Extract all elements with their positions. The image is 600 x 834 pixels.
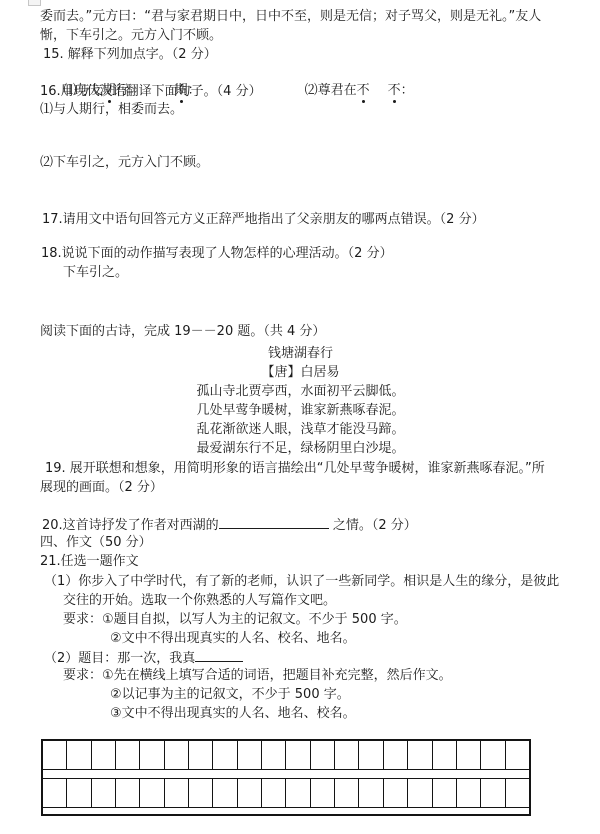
q16-item2: ⑵下车引之，元方入门不顾。 — [40, 153, 209, 172]
poem-line: 几处早莺争暖树，谁家新燕啄春泥。 — [8, 401, 593, 420]
grid-cell — [213, 779, 237, 807]
grid-cell — [140, 779, 164, 807]
q21-option2-title: （2）题目：那一次，我真 — [44, 647, 243, 668]
q15-item2-dotted-char: 不 — [357, 81, 370, 100]
grid-cell — [457, 779, 481, 807]
grid-cell — [67, 741, 91, 769]
grid-cell — [262, 779, 286, 807]
grid-cell — [213, 741, 237, 769]
grid-cell — [506, 741, 529, 769]
q21-option1-requirement-2: ②文中不得出现真实的人名、校名、地名。 — [110, 629, 356, 648]
q15-item2-answer-label: 不： — [388, 83, 414, 98]
section-heading-composition: 四、作文（50 分） — [40, 533, 152, 552]
poem-line: 孤山寺北贾亭西，水面初平云脚低。 — [8, 382, 593, 401]
grid-cell — [116, 741, 140, 769]
grid-cell — [408, 779, 432, 807]
q21-option1-line-2: 交往的开始。选取一个你熟悉的人写篇作文吧。 — [63, 591, 336, 610]
grid-cell — [359, 779, 383, 807]
grid-cell — [92, 779, 116, 807]
grid-cell — [43, 779, 67, 807]
q21-option1-line-1: （1）你步入了中学时代，有了新的老师，认识了一些新同学。相识是人生的缘分，是彼此 — [44, 572, 559, 591]
q21-option2-blank-line — [195, 647, 243, 662]
q18-quote: 下车引之。 — [63, 263, 128, 282]
passage-line-2: 惭，下车引之。元方入门不顾。 — [40, 26, 222, 45]
page-edge-artifact — [28, 0, 41, 6]
grid-cell — [359, 741, 383, 769]
passage-line-1: 委而去。”元方曰：“君与家君期日中，日中不至，则是无信；对子骂父，则是无礼。”友… — [40, 7, 541, 26]
q21-stem: 21.任选一题作文 — [40, 552, 139, 571]
q20-blank-line — [219, 514, 329, 529]
grid-cell — [408, 741, 432, 769]
grid-cell — [384, 779, 408, 807]
grid-cell — [311, 779, 335, 807]
grid-cell — [165, 779, 189, 807]
poem-line: 乱花渐欲迷人眼，浅草才能没马蹄。 — [8, 420, 593, 439]
q21-option2-requirement-1: 要求：①先在横线上填写合适的词语，把题目补充完整，然后作文。 — [63, 666, 452, 685]
q15-item2-phrase: ⑵尊君在不 — [305, 83, 370, 98]
q19-stem-line-1: 19. 展开联想和想象，用简明形象的语言描绘出“几处早莺争暖树，谁家新燕啄春泥。… — [45, 459, 545, 478]
grid-cell — [189, 741, 213, 769]
grid-cell — [43, 741, 67, 769]
grid-cell — [67, 779, 91, 807]
grid-cell — [92, 741, 116, 769]
grid-cell — [457, 741, 481, 769]
grid-cell — [238, 779, 262, 807]
grid-spacer-row — [43, 770, 529, 779]
q20-stem: 20.这首诗抒发了作者对西湖的 之情。（2 分） — [42, 514, 417, 535]
grid-cell — [433, 779, 457, 807]
grid-cell — [189, 779, 213, 807]
poem-title: 钱塘湖春行 — [8, 344, 593, 363]
grid-cell — [311, 741, 335, 769]
grid-cell — [140, 741, 164, 769]
grid-cell-row — [43, 741, 529, 770]
grid-cell — [481, 779, 505, 807]
grid-cell — [238, 741, 262, 769]
q17-stem: 17.请用文中语句回答元方义正辞严地指出了父亲朋友的哪两点错误。（2 分） — [42, 210, 485, 229]
grid-spacer-row — [43, 808, 529, 814]
q21-option2-requirement-3: ③文中不得出现真实的人名、地名、校名。 — [110, 704, 356, 723]
exam-paper-page: 委而去。”元方曰：“君与家君期日中，日中不至，则是无信；对子骂父，则是无礼。”友… — [0, 0, 600, 834]
poem-section-intro: 阅读下面的古诗，完成 19－－20 题。（共 4 分） — [40, 322, 325, 341]
answer-grid — [41, 739, 531, 816]
grid-cell — [506, 779, 529, 807]
poem-line: 最爱湖东行不足，绿杨阴里白沙堤。 — [8, 439, 593, 458]
poem-author: 【唐】白居易 — [8, 363, 593, 382]
grid-cell — [384, 741, 408, 769]
q21-option2-requirement-2: ②以记事为主的记叙文，不少于 500 字。 — [110, 685, 350, 704]
grid-cell-row — [43, 779, 529, 808]
grid-cell — [481, 741, 505, 769]
q16-item1: ⑴与人期行，相委而去。 — [40, 100, 183, 119]
grid-cell — [116, 779, 140, 807]
grid-cell — [335, 779, 359, 807]
grid-cell — [262, 741, 286, 769]
q21-option1-requirement-1: 要求：①题目自拟，以写人为主的记叙文。不少于 500 字。 — [63, 610, 407, 629]
q19-stem-line-2: 展现的画面。（2 分） — [40, 478, 163, 497]
grid-cell — [433, 741, 457, 769]
grid-cell — [165, 741, 189, 769]
grid-cell — [286, 741, 310, 769]
grid-cell — [335, 741, 359, 769]
q18-stem: 18.说说下面的动作描写表现了人物怎样的心理活动。（2 分） — [41, 244, 393, 263]
q16-stem: 16.用现代汉语翻译下面句子。（4 分） — [40, 82, 262, 101]
grid-cell — [286, 779, 310, 807]
